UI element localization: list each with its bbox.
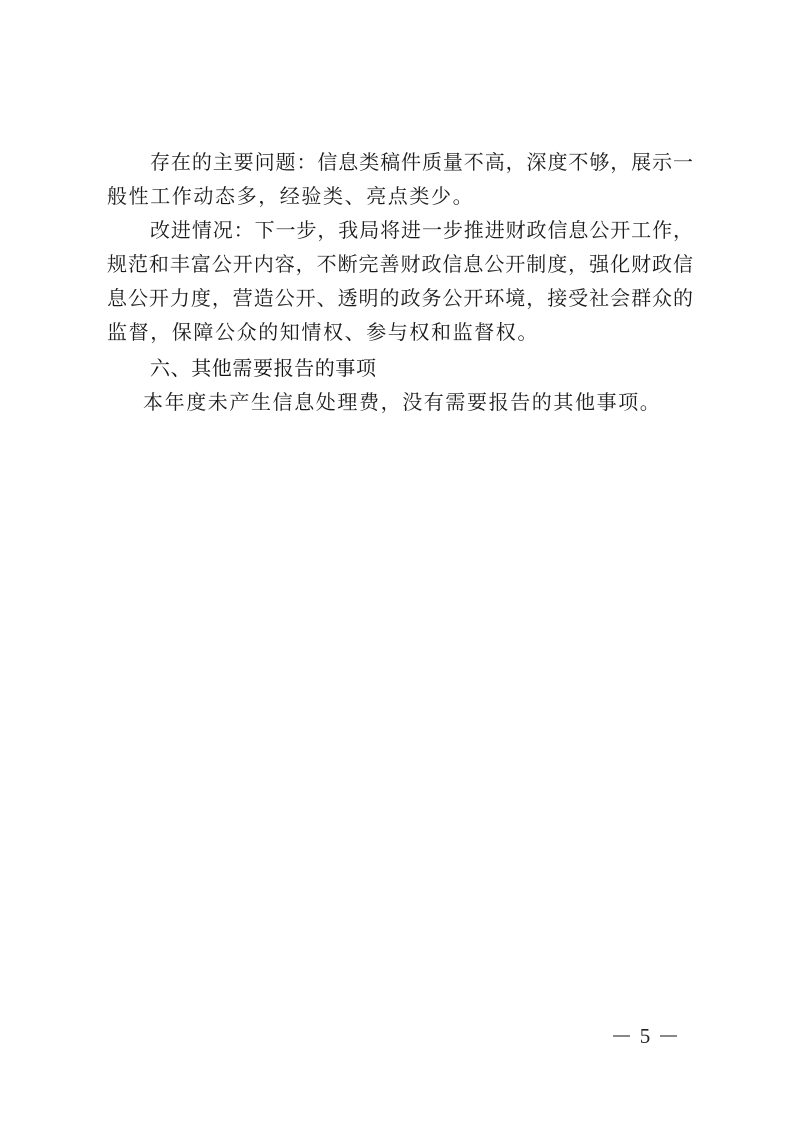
left-dash — [613, 1035, 630, 1037]
right-dash — [660, 1035, 677, 1037]
paragraph-problems-line-2: 般性工作动态多，经验类、亮点类少。 — [107, 184, 474, 208]
paragraph-improvement-line-4: 监督，保障公众的知情权、参与权和监督权。 — [107, 320, 539, 344]
paragraph-improvement-line-2: 规范和丰富公开内容，不断完善财政信息公开制度，强化财政信 — [107, 252, 693, 276]
document-page: 存在的主要问题：信息类稿件质量不高，深度不够，展示一 般性工作动态多，经验类、亮… — [0, 0, 793, 1122]
paragraph-improvement-line-3: 息公开力度，营造公开、透明的政务公开环境，接受社会群众的 — [107, 286, 693, 310]
page-number-value: 5 — [640, 1024, 651, 1049]
section-heading-other-matters: 六、其他需要报告的事项 — [150, 356, 377, 380]
paragraph-improvement-line-1: 改进情况：下一步，我局将进一步推进财政信息公开工作， — [150, 218, 693, 242]
paragraph-other-matters-line-1: 本年度未产生信息处理费，没有需要报告的其他事项。 — [143, 390, 661, 414]
paragraph-problems-line-1: 存在的主要问题：信息类稿件质量不高，深度不够，展示一 — [150, 150, 693, 174]
page-number: 5 — [600, 1023, 690, 1049]
